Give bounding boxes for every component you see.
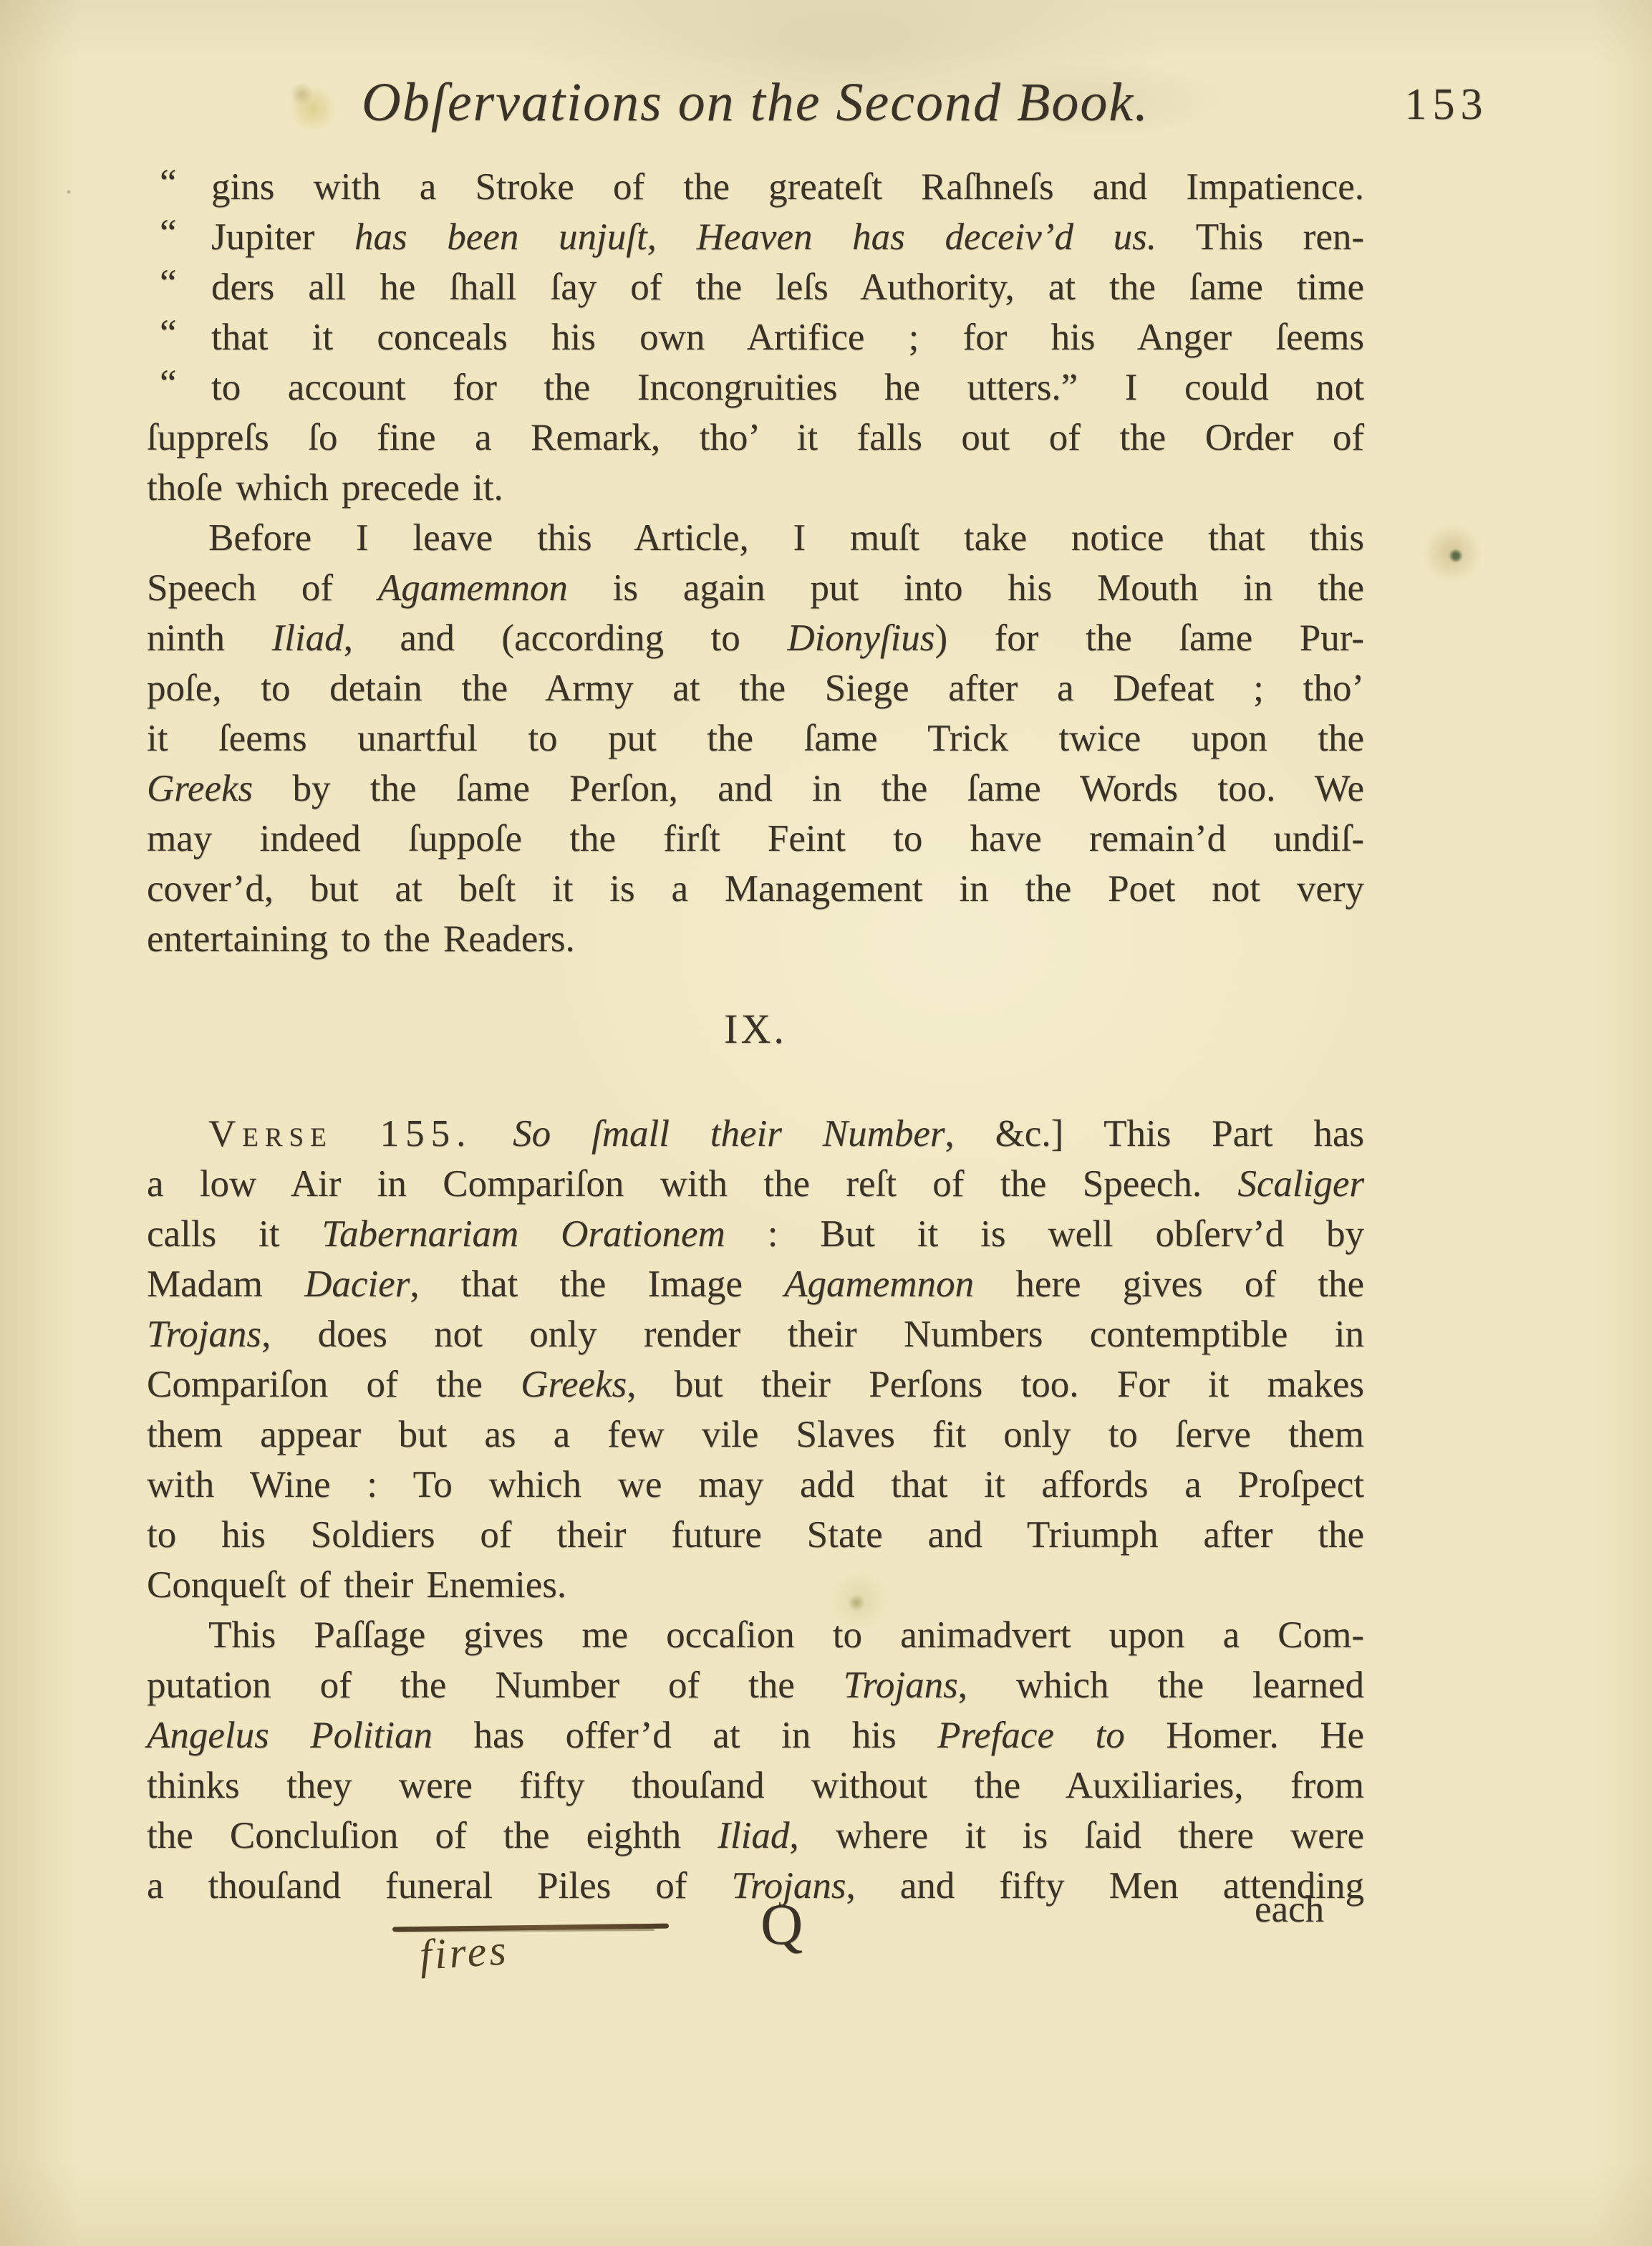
text-line: Verse 155. So ſmall their Number, &c.] T…	[147, 1109, 1364, 1159]
paragraph: Before I leave this Article, I muſt take…	[147, 513, 1364, 964]
text-segment: Agamemnon	[784, 1263, 974, 1305]
text-line: “Jupiter has been unjuſt, Heaven has dec…	[147, 212, 1364, 262]
text-segment: to account for the Incongruities he utte…	[211, 367, 1364, 408]
text-segment: has offer’d at in his	[433, 1715, 937, 1756]
text-line: Speech of Agamemnon is again put into hi…	[147, 563, 1364, 613]
quote-mark: “	[160, 258, 177, 308]
text-segment: by the ſame Perſon, and in the ſame Word…	[253, 768, 1364, 809]
text-segment: , but their Perſons too. For it makes	[627, 1364, 1364, 1405]
text-line: Madam Dacier, that the Image Agamemnon h…	[147, 1259, 1364, 1309]
text-line: “gins with a Stroke of the greateſt Raſh…	[147, 162, 1364, 212]
text-segment: Jupiter	[211, 216, 354, 258]
text-segment: Homer. He	[1125, 1715, 1364, 1756]
text-segment: , &c.] This Part has	[945, 1113, 1365, 1155]
text-segment: Angelus Politian	[147, 1715, 433, 1756]
text-segment: Iliad	[718, 1815, 789, 1856]
text-segment: ninth	[147, 617, 271, 659]
quote-mark: “	[160, 158, 177, 208]
text-segment: thoſe which precede it.	[147, 467, 503, 509]
text-segment: the Concluſion of the eighth	[147, 1815, 718, 1856]
text-segment: Agamemnon	[378, 567, 568, 609]
text-segment: , which the learned	[958, 1664, 1364, 1706]
text-line: “ders all he ſhall ſay of the leſs Autho…	[147, 262, 1364, 312]
text-segment: to his Soldiers of their future State an…	[147, 1514, 1364, 1556]
paragraph: This Paſſage gives me occaſion to animad…	[147, 1610, 1364, 1911]
text-segment: Greeks	[147, 768, 253, 809]
text-segment: Preface to	[937, 1715, 1125, 1756]
text-segment: a low Air in Compariſon with the reſt of…	[147, 1163, 1237, 1205]
text-segment: ſuppreſs ſo fine a Remark, tho’ it falls…	[147, 417, 1364, 458]
text-segment: putation of the Number of the	[147, 1664, 844, 1706]
text-segment: is again put into his Mouth in the	[568, 567, 1364, 609]
text-segment: here gives of the	[974, 1263, 1364, 1305]
text-segment: with Wine : To which we may add that it …	[147, 1464, 1364, 1505]
text-segment: may indeed ſuppoſe the firſt Feint to ha…	[147, 818, 1364, 859]
text-line: entertaining to the Readers.	[147, 914, 1364, 964]
text-segment: Scaliger	[1237, 1163, 1364, 1205]
text-line: Angelus Politian has offer’d at in his P…	[147, 1710, 1364, 1760]
text-segment: thinks they were fifty thouſand without …	[147, 1765, 1364, 1806]
text-line: them appear but as a few vile Slaves fit…	[147, 1409, 1364, 1460]
page-title: Obſervations on the Second Book.	[362, 72, 1149, 132]
signature-mark: Q	[760, 1891, 803, 1958]
text-line: Greeks by the ſame Perſon, and in the ſa…	[147, 763, 1364, 814]
text-line: Trojans, does not only render their Numb…	[147, 1309, 1364, 1359]
running-header: Obſervations on the Second Book.	[147, 63, 1364, 142]
text-segment: So ſmall their Number	[513, 1113, 945, 1155]
text-segment: Madam	[147, 1263, 304, 1305]
handwritten-annotation: fires	[418, 1925, 510, 1980]
text-segment: Trojans	[844, 1664, 958, 1706]
text-segment: ders all he ſhall ſay of the leſs Author…	[211, 266, 1364, 308]
text-line: Compariſon of the Greeks, but their Perſ…	[147, 1359, 1364, 1409]
text-segment: Compariſon of the	[147, 1364, 521, 1405]
text-segment: , does not only render their Numbers con…	[261, 1314, 1364, 1355]
text-segment: , that the Image	[410, 1263, 784, 1305]
text-segment: Iliad	[271, 617, 343, 659]
text-segment: Greeks	[521, 1364, 627, 1405]
section-heading: IX.	[147, 1004, 1364, 1054]
text-line: the Concluſion of the eighth Iliad, wher…	[147, 1811, 1364, 1861]
text-segment: This Paſſage gives me occaſion to animad…	[208, 1614, 1364, 1656]
text-segment: calls it	[147, 1213, 322, 1255]
text-line: poſe, to detain the Army at the Siege af…	[147, 663, 1364, 713]
text-line: thoſe which precede it.	[147, 463, 1364, 513]
text-line: thinks they were fifty thouſand without …	[147, 1760, 1364, 1811]
text-segment: Conqueſt of their Enemies.	[147, 1564, 566, 1606]
text-line: putation of the Number of the Trojans, w…	[147, 1660, 1364, 1710]
text-segment: Verse 155.	[208, 1113, 472, 1155]
text-segment: it ſeems unartful to put the ſame Trick …	[147, 718, 1364, 759]
text-segment: , where it is ſaid there were	[789, 1815, 1364, 1856]
quote-mark: “	[160, 208, 177, 258]
text-segment: Before I leave this Article, I muſt take…	[208, 517, 1364, 559]
page-number: 153	[1382, 69, 1511, 140]
catchword: each	[1255, 1888, 1324, 1931]
text-segment: Trojans	[147, 1314, 261, 1355]
text-segment: ) for the ſame Pur-	[934, 617, 1364, 659]
text-line: cover’d, but at beſt it is a Management …	[147, 864, 1364, 914]
text-line: calls it Tabernariam Orationem : But it …	[147, 1209, 1364, 1259]
text-segment: , and (according to	[344, 617, 788, 659]
text-line: “that it conceals his own Artifice ; for…	[147, 312, 1364, 362]
text-segment: Tabernariam Orationem	[322, 1213, 725, 1255]
text-block: “gins with a Stroke of the greateſt Raſh…	[147, 162, 1364, 1911]
text-segment: that it conceals his own Artifice ; for …	[211, 317, 1364, 358]
text-line: ninth Iliad, and (according to Dionyſius…	[147, 613, 1364, 663]
text-segment: a thouſand funeral Piles of	[147, 1865, 731, 1907]
text-segment: cover’d, but at beſt it is a Management …	[147, 868, 1364, 910]
paragraph: Verse 155. So ſmall their Number, &c.] T…	[147, 1109, 1364, 1610]
text-line: Before I leave this Article, I muſt take…	[147, 513, 1364, 563]
text-line: with Wine : To which we may add that it …	[147, 1460, 1364, 1510]
text-line: it ſeems unartful to put the ſame Trick …	[147, 713, 1364, 763]
text-segment: : But it is well obſerv’d by	[725, 1213, 1364, 1255]
text-segment: entertaining to the Readers.	[147, 918, 575, 960]
text-line: ſuppreſs ſo fine a Remark, tho’ it falls…	[147, 413, 1364, 463]
text-line: Conqueſt of their Enemies.	[147, 1560, 1364, 1610]
book-page: Obſervations on the Second Book. 153 “gi…	[0, 0, 1652, 2246]
text-segment: This ren-	[1156, 216, 1364, 258]
text-segment	[472, 1113, 513, 1155]
text-segment: Dionyſius	[787, 617, 934, 659]
text-segment: Dacier	[304, 1263, 410, 1305]
text-line: to his Soldiers of their future State an…	[147, 1510, 1364, 1560]
text-segment: them appear but as a few vile Slaves fit…	[147, 1414, 1364, 1455]
text-segment: gins with a Stroke of the greateſt Raſhn…	[211, 166, 1364, 208]
text-line: “to account for the Incongruities he utt…	[147, 362, 1364, 413]
text-segment: has been unjuſt, Heaven has deceiv’d us.	[354, 216, 1156, 258]
text-line: a thouſand funeral Piles of Trojans, and…	[147, 1861, 1364, 1911]
quote-mark: “	[160, 308, 177, 358]
text-segment: Speech of	[147, 567, 378, 609]
text-line: a low Air in Compariſon with the reſt of…	[147, 1159, 1364, 1209]
text-line: may indeed ſuppoſe the firſt Feint to ha…	[147, 814, 1364, 864]
quote-mark: “	[160, 358, 177, 408]
paragraph: “gins with a Stroke of the greateſt Raſh…	[147, 162, 1364, 513]
text-segment: poſe, to detain the Army at the Siege af…	[147, 667, 1364, 709]
text-line: This Paſſage gives me occaſion to animad…	[147, 1610, 1364, 1660]
